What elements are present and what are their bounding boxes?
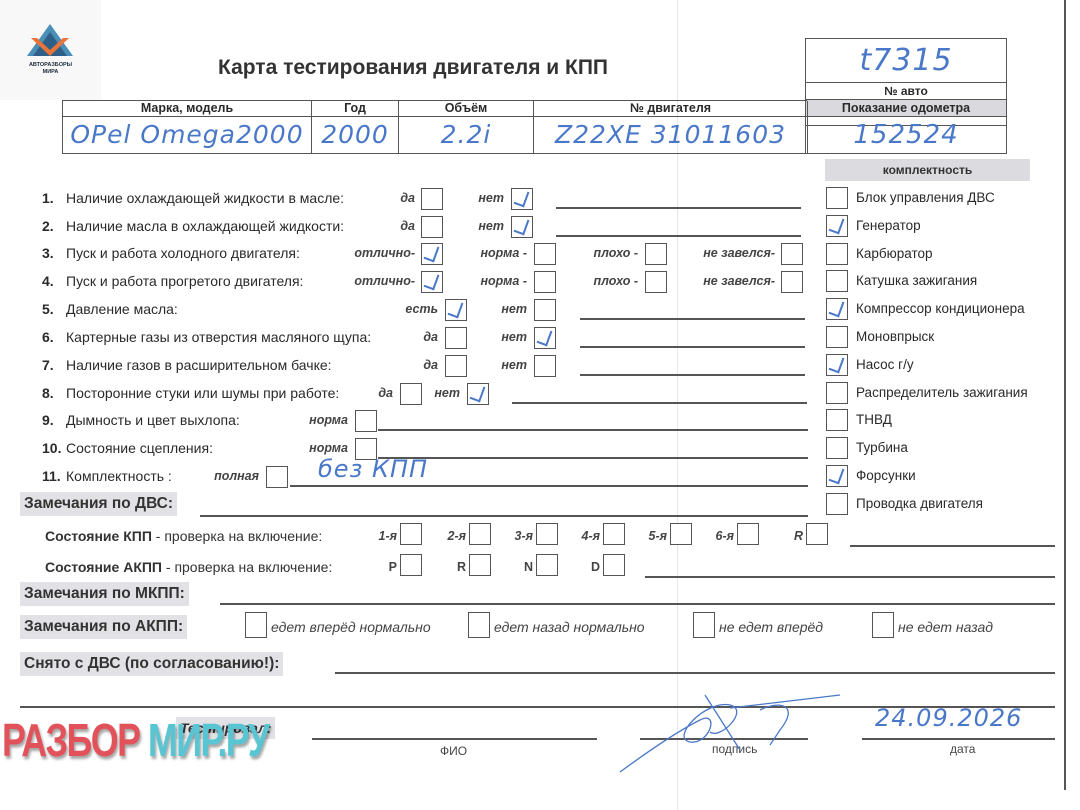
question-8: 8.Посторонние стуки или шумы при работе: bbox=[42, 385, 339, 401]
checkbox-q3-3[interactable] bbox=[645, 243, 667, 265]
remarks-akpp-label: Замечания по АКПП: bbox=[20, 615, 187, 639]
volume-field[interactable]: 2.2i bbox=[399, 117, 533, 153]
akpp-position-checkbox-3[interactable] bbox=[536, 554, 558, 576]
akpp-remark-checkbox-3[interactable] bbox=[693, 612, 715, 638]
option-label: нет bbox=[501, 358, 527, 372]
volume-label: Объём bbox=[399, 101, 533, 117]
kpp-gear-label: 5-я bbox=[649, 529, 667, 543]
notes-line-q10[interactable] bbox=[378, 457, 808, 459]
question-text: Пуск и работа холодного двигателя: bbox=[66, 245, 300, 261]
checkbox-q6-1[interactable] bbox=[445, 327, 467, 349]
notes-line-q9[interactable] bbox=[378, 429, 808, 431]
option-label: нет bbox=[434, 386, 460, 400]
option-label: да bbox=[378, 386, 393, 400]
question-1: 1.Наличие охлаждающей жидкости в масле: bbox=[42, 190, 344, 206]
question-text: Наличие охлаждающей жидкости в масле: bbox=[66, 190, 344, 206]
option-label: плохо - bbox=[594, 246, 638, 260]
akpp-position-label: D bbox=[591, 560, 600, 574]
notes-line-q6[interactable] bbox=[580, 346, 805, 348]
complectness-checkbox-12[interactable] bbox=[826, 493, 848, 515]
engine-number-field[interactable]: Z22XE 31011603 bbox=[534, 117, 807, 153]
odometer-label: Показание одометра bbox=[806, 100, 1006, 117]
notes-line-q8[interactable] bbox=[512, 402, 807, 404]
checkbox-q3-2[interactable] bbox=[534, 243, 556, 265]
checkbox-q2-1[interactable] bbox=[421, 216, 443, 238]
kpp-gear-checkbox-2[interactable] bbox=[469, 523, 491, 545]
notes-line-q7[interactable] bbox=[580, 374, 805, 376]
complectness-checkbox-4[interactable] bbox=[826, 270, 848, 292]
make-model-field[interactable]: OPel Omega2000 bbox=[63, 117, 311, 153]
auto-number-label: № авто bbox=[806, 83, 1006, 100]
removed-line-1[interactable] bbox=[335, 672, 1055, 674]
complectness-item-label: Проводка двигателя bbox=[856, 496, 983, 511]
remarks-mkpp-label: Замечания по МКПП: bbox=[20, 582, 189, 606]
page-title: Карта тестирования двигателя и КПП bbox=[218, 56, 608, 80]
column-year: Год 2000 bbox=[312, 101, 399, 153]
option-label: да bbox=[423, 330, 438, 344]
question-number: 7. bbox=[42, 357, 66, 373]
mountain-chevron-logo-icon bbox=[27, 24, 73, 60]
question-number: 3. bbox=[42, 245, 66, 261]
auto-number-field[interactable]: t7315 bbox=[806, 39, 1006, 83]
removed-from-engine-label: Снято с ДВС (по согласованию!): bbox=[20, 652, 283, 676]
akpp-remark-label: не едет вперёд bbox=[719, 619, 823, 635]
akpp-position-checkbox-1[interactable] bbox=[400, 554, 422, 576]
logo-text-line1: АВТОРАЗБОРЫ bbox=[0, 62, 101, 69]
option-label: отлично- bbox=[354, 246, 415, 260]
question-3: 3.Пуск и работа холодного двигателя: bbox=[42, 245, 300, 261]
checkbox-q3-1[interactable] bbox=[421, 243, 443, 265]
question-number: 6. bbox=[42, 329, 66, 345]
complectness-checkbox-8[interactable] bbox=[826, 382, 848, 404]
notes-line-q11[interactable] bbox=[290, 485, 808, 487]
akpp-remark-checkbox-4[interactable] bbox=[872, 612, 894, 638]
option-label: нет bbox=[501, 330, 527, 344]
kpp-gear-label: 3-я bbox=[515, 529, 533, 543]
auto-number-box: t7315 № авто Показание одометра bbox=[805, 38, 1007, 126]
question-number: 2. bbox=[42, 218, 66, 234]
checkbox-q2-2[interactable] bbox=[511, 216, 533, 238]
year-label: Год bbox=[312, 101, 398, 117]
option-label: не завелся- bbox=[703, 246, 775, 260]
complectness-item-label: Форсунки bbox=[856, 468, 916, 483]
akpp-position-checkbox-2[interactable] bbox=[469, 554, 491, 576]
kpp-gear-label: 2-я bbox=[448, 529, 466, 543]
question-text: Посторонние стуки или шумы при работе: bbox=[66, 385, 339, 401]
complectness-item-label: Катушка зажигания bbox=[856, 273, 977, 288]
column-make-model: Марка, модель OPel Omega2000 bbox=[63, 101, 312, 153]
kpp-gear-label: 1-я bbox=[379, 529, 397, 543]
question-number: 5. bbox=[42, 301, 66, 317]
question-number: 11. bbox=[42, 468, 66, 484]
complectness-item-label: Карбюратор bbox=[856, 246, 933, 261]
option-label: норма bbox=[309, 413, 348, 427]
checkbox-q5-2[interactable] bbox=[534, 299, 556, 321]
watermark-blue: МИР.РУ bbox=[148, 714, 269, 766]
complectness-item-label: Блок управления ДВС bbox=[856, 190, 995, 205]
question-number: 1. bbox=[42, 190, 66, 206]
option-label: нет bbox=[478, 191, 504, 205]
option-label: да bbox=[423, 358, 438, 372]
akpp-remark-label: едет вперёд нормально bbox=[271, 619, 431, 635]
kpp-gear-label: R bbox=[794, 529, 803, 543]
engine-number-label: № двигателя bbox=[534, 101, 807, 117]
checkbox-q11-1[interactable] bbox=[266, 466, 288, 488]
akpp-check-label: Состояние АКПП - проверка на включение: bbox=[45, 559, 332, 575]
akpp-remark-label: не едет назад bbox=[898, 619, 993, 635]
akpp-remark-checkbox-2[interactable] bbox=[468, 612, 490, 638]
option-label: не завелся- bbox=[703, 274, 775, 288]
complectness-checkbox-2[interactable] bbox=[826, 215, 848, 237]
complectness-item-label: Генератор bbox=[856, 218, 921, 233]
question-number: 4. bbox=[42, 273, 66, 289]
checkbox-q4-1[interactable] bbox=[421, 271, 443, 293]
fio-caption: ФИО bbox=[440, 744, 467, 758]
page-right-border bbox=[1064, 0, 1066, 790]
notes-line-q1[interactable] bbox=[556, 207, 801, 209]
question-number: 10. bbox=[42, 440, 66, 456]
date-caption: дата bbox=[950, 742, 975, 756]
checkbox-q4-3[interactable] bbox=[645, 271, 667, 293]
question-2: 2.Наличие масла в охлаждающей жидкости: bbox=[42, 218, 344, 234]
option-label: нет bbox=[478, 219, 504, 233]
checkbox-q3-4[interactable] bbox=[781, 243, 803, 265]
logo-text-line2: МИРА bbox=[0, 69, 101, 76]
checkbox-q4-2[interactable] bbox=[534, 271, 556, 293]
complectness-checkbox-3[interactable] bbox=[826, 243, 848, 265]
akpp-notes-line[interactable] bbox=[645, 576, 1055, 578]
option-label: да bbox=[400, 219, 415, 233]
year-field[interactable]: 2000 bbox=[312, 117, 398, 153]
question-6: 6.Картерные газы из отверстия масляного … bbox=[42, 329, 371, 345]
option-label: норма - bbox=[481, 246, 528, 260]
make-model-label: Марка, модель bbox=[63, 101, 311, 117]
vehicle-info-table: Марка, модель OPel Omega2000 Год 2000 Об… bbox=[62, 100, 807, 154]
question-number: 9. bbox=[42, 412, 66, 428]
complectness-checkbox-6[interactable] bbox=[826, 326, 848, 348]
kpp-gear-checkbox-3[interactable] bbox=[536, 523, 558, 545]
question-9: 9.Дымность и цвет выхлопа: bbox=[42, 412, 240, 428]
akpp-position-label: R bbox=[457, 560, 466, 574]
kpp-gear-checkbox-5[interactable] bbox=[670, 523, 692, 545]
option-label: нет bbox=[501, 302, 527, 316]
date-line[interactable] bbox=[862, 738, 1055, 740]
checkbox-q7-1[interactable] bbox=[445, 355, 467, 377]
kpp-gear-label: 6-я bbox=[716, 529, 734, 543]
question-number: 8. bbox=[42, 385, 66, 401]
option-label: норма bbox=[309, 441, 348, 455]
watermark-red: РАЗБОР bbox=[2, 714, 139, 766]
question-text: Пуск и работа прогретого двигателя: bbox=[66, 273, 303, 289]
column-volume: Объём 2.2i bbox=[399, 101, 534, 153]
checkbox-q1-2[interactable] bbox=[511, 188, 533, 210]
question-text: Картерные газы из отверстия масляного щу… bbox=[66, 329, 371, 345]
question-7: 7.Наличие газов в расширительном бачке: bbox=[42, 357, 332, 373]
signature-scribble-icon bbox=[610, 690, 850, 780]
question-4: 4.Пуск и работа прогретого двигателя: bbox=[42, 273, 303, 289]
complectness-checkbox-9[interactable] bbox=[826, 409, 848, 431]
complectness-item-label: Турбина bbox=[856, 440, 908, 455]
complectness-item-label: ТНВД bbox=[856, 412, 892, 427]
auto-number-value: t7315 bbox=[806, 39, 1006, 83]
notes-line-q2[interactable] bbox=[556, 235, 801, 237]
complectness-item-label: Моновпрыск bbox=[856, 329, 934, 344]
checkbox-q8-1[interactable] bbox=[400, 383, 422, 405]
kpp-gear-checkbox-7[interactable] bbox=[806, 523, 828, 545]
kpp-gear-checkbox-4[interactable] bbox=[603, 523, 625, 545]
question-text: Комплектность : bbox=[66, 468, 172, 484]
remarks-engine-line[interactable] bbox=[200, 515, 808, 517]
option-label: плохо - bbox=[594, 274, 638, 288]
company-logo: АВТОРАЗБОРЫ МИРА bbox=[0, 0, 101, 100]
akpp-position-label: P bbox=[389, 560, 397, 574]
notes-line-q5[interactable] bbox=[580, 318, 805, 320]
checkbox-q1-1[interactable] bbox=[421, 188, 443, 210]
complectness-header: комплектность bbox=[825, 159, 1030, 181]
option-label: норма - bbox=[481, 274, 528, 288]
odometer-field[interactable]: 152524 bbox=[805, 117, 1007, 154]
option-label: полная bbox=[214, 469, 259, 483]
complectness-checkbox-10[interactable] bbox=[826, 437, 848, 459]
kpp-check-label: Состояние КПП - проверка на включение: bbox=[45, 528, 322, 544]
akpp-position-checkbox-4[interactable] bbox=[603, 554, 625, 576]
remarks-engine-label: Замечания по ДВС: bbox=[20, 492, 177, 516]
checkbox-q4-4[interactable] bbox=[781, 271, 803, 293]
kpp-gear-label: 4-я bbox=[582, 529, 600, 543]
checkbox-q7-2[interactable] bbox=[534, 355, 556, 377]
akpp-remark-checkbox-1[interactable] bbox=[245, 612, 267, 638]
checkbox-q6-2[interactable] bbox=[534, 327, 556, 349]
complectness-checkbox-7[interactable] bbox=[826, 354, 848, 376]
akpp-position-label: N bbox=[524, 560, 533, 574]
complectness-checkbox-5[interactable] bbox=[826, 298, 848, 320]
kpp-gear-checkbox-6[interactable] bbox=[737, 523, 759, 545]
question-text: Давление масла: bbox=[66, 301, 178, 317]
checkbox-q9-1[interactable] bbox=[355, 410, 377, 432]
kpp-notes-line[interactable] bbox=[850, 545, 1055, 547]
watermark: РАЗБОР МИР.РУ bbox=[2, 712, 268, 768]
date-field[interactable]: 24.09.2026 bbox=[875, 704, 1022, 732]
question-text: Наличие газов в расширительном бачке: bbox=[66, 357, 332, 373]
question-text: Состояние сцепления: bbox=[66, 440, 213, 456]
checkbox-q8-2[interactable] bbox=[467, 383, 489, 405]
question-11: 11.Комплектность : bbox=[42, 468, 172, 484]
checkbox-q5-1[interactable] bbox=[445, 299, 467, 321]
complectness-item-label: Насос г/у bbox=[856, 357, 914, 372]
column-engine-number: № двигателя Z22XE 31011603 bbox=[534, 101, 808, 153]
remarks-mkpp-line[interactable] bbox=[220, 603, 1055, 605]
question-10: 10.Состояние сцепления: bbox=[42, 440, 213, 456]
option-label: есть bbox=[405, 302, 438, 316]
question-text: Наличие масла в охлаждающей жидкости: bbox=[66, 218, 344, 234]
complectness-note[interactable]: без КПП bbox=[318, 455, 428, 483]
option-label: отлично- bbox=[354, 274, 415, 288]
fio-line[interactable] bbox=[312, 738, 597, 740]
question-text: Дымность и цвет выхлопа: bbox=[66, 412, 240, 428]
option-label: да bbox=[400, 191, 415, 205]
akpp-remark-label: едет назад нормально bbox=[494, 619, 645, 635]
complectness-checkbox-1[interactable] bbox=[826, 187, 848, 209]
complectness-checkbox-11[interactable] bbox=[826, 465, 848, 487]
complectness-item-label: Распределитель зажигания bbox=[856, 385, 1028, 400]
kpp-gear-checkbox-1[interactable] bbox=[400, 523, 422, 545]
complectness-item-label: Компрессор кондиционера bbox=[856, 301, 1025, 316]
question-5: 5.Давление масла: bbox=[42, 301, 178, 317]
